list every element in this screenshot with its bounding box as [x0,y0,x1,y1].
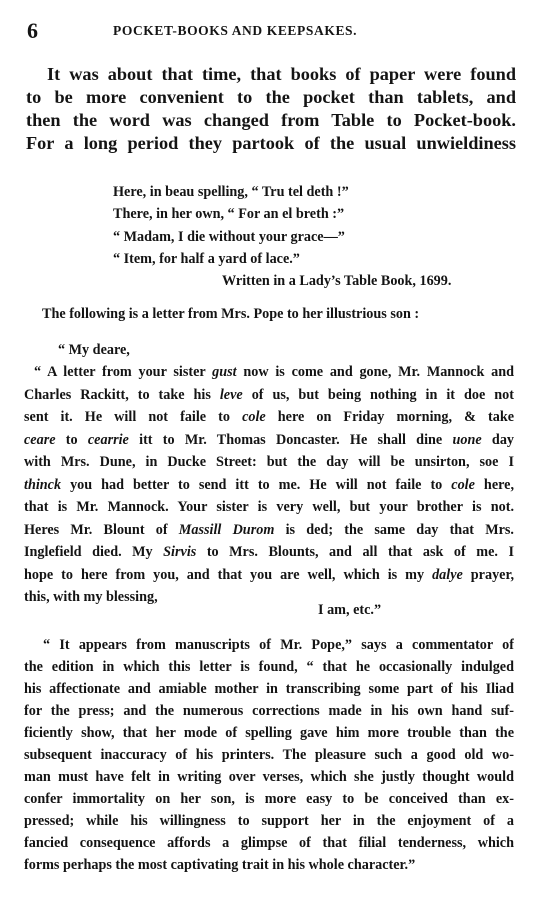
commentary-line: for the press; and the numerous correcti… [24,700,514,722]
commentary-line: pressed; while his willingness to suppor… [24,810,514,832]
poem-line: Here, in beau spelling, “ Tru tel deth !… [113,181,349,203]
italic-word: gust [212,364,236,380]
page-number: 6 [27,18,38,44]
italic-word: cole [451,477,475,493]
text-segment: hope to here from you, and that you are … [24,567,432,583]
letter-line: “ A letter from your sister gust now is … [34,361,514,383]
intro-line: then the word was changed from Table to … [26,108,516,132]
commentary-line: ficiently show, that her mode of spellin… [24,722,514,744]
commentary-line: confer immortality on her son, is more e… [24,788,514,810]
commentary-last-line: forms perhaps the most captivating trait… [24,854,415,876]
text-segment: you had better to send itt to me. He wil… [61,477,451,493]
text-segment: here, [475,477,514,493]
letter-closing: I am, etc.” [318,599,381,621]
commentary-line: man must have felt in writing over verse… [24,766,514,788]
commentary-line: “ It appears from manuscripts of Mr. Pop… [43,634,514,656]
text-segment: prayer, [463,567,514,583]
poem-line: “ Madam, I die without your grace—” [113,226,345,248]
text-segment: “ A letter from your sister [34,364,212,380]
commentary-line: his affectionate and amiable mother in t… [24,678,514,700]
text-segment: sent it. He will not faile to [24,409,242,425]
poem-attribution: Written in a Lady’s Table Book, 1699. [222,270,451,292]
intro-line: to be more convenient to the pocket than… [26,85,516,109]
text-segment: here on Friday morning, & take [266,409,514,425]
letter-line: that is Mr. Mannock. Your sister is very… [24,496,514,518]
italic-word: cearrie [88,432,129,448]
text-segment: itt to Mr. Thomas Doncaster. He shall di… [129,432,453,448]
italic-word: cole [242,409,266,425]
poem-line: There, in her own, “ For an el breth :” [113,203,344,225]
text-segment: is ded; the same day that Mrs. [274,522,514,538]
italic-word: leve [220,387,243,403]
letter-line: Charles Rackitt, to take his leve of us,… [24,384,514,406]
commentary-line: fancied consequence affords a glimpse of… [24,832,514,854]
italic-word: thinck [24,477,61,493]
italic-word: Sirvis [163,544,196,560]
letter-line: Inglefield died. My Sirvis to Mrs. Bloun… [24,541,514,563]
text-segment: to [56,432,88,448]
text-segment: of us, but being nothing in it doe not [243,387,514,403]
letter-line: sent it. He will not faile to cole here … [24,406,514,428]
text-segment: now is come and gone, Mr. Mannock and [237,364,514,380]
text-segment: Heres Mr. Blount of [24,522,179,538]
text-segment: that is Mr. Mannock. Your sister is very… [24,499,514,515]
letter-salutation: “ My deare, [58,339,130,361]
italic-word: uone [452,432,481,448]
letter-line: Heres Mr. Blount of Massill Durom is ded… [24,519,514,541]
letter-line: thinck you had better to send itt to me.… [24,474,514,496]
poem-line: “ Item, for half a yard of lace.” [113,248,300,270]
letter-line: ceare to cearrie itt to Mr. Thomas Donca… [24,429,514,451]
text-segment: day [482,432,514,448]
intro-line: For a long period they partook of the us… [26,131,516,155]
commentary-line: subsequent inaccuracy of his printers. T… [24,744,514,766]
letter-intro: The following is a letter from Mrs. Pope… [42,303,419,325]
text-segment: Inglefield died. My [24,544,163,560]
letter-line: with Mrs. Dune, in Ducke Street: but the… [24,451,514,473]
book-page: 6 POCKET-BOOKS AND KEEPSAKES. It was abo… [0,0,550,906]
italic-word: ceare [24,432,56,448]
italic-word: Massill Durom [179,522,275,538]
italic-word: dalye [432,567,463,583]
letter-line: hope to here from you, and that you are … [24,564,514,586]
intro-line: It was about that time, that books of pa… [47,62,516,86]
running-title: POCKET-BOOKS AND KEEPSAKES. [113,23,357,39]
letter-last-line: this, with my blessing, [24,586,158,608]
commentary-line: the edition in which this letter is foun… [24,656,514,678]
text-segment: with Mrs. Dune, in Ducke Street: but the… [24,454,514,470]
text-segment: to Mrs. Blounts, and all that ask of me.… [196,544,514,560]
text-segment: Charles Rackitt, to take his [24,387,220,403]
